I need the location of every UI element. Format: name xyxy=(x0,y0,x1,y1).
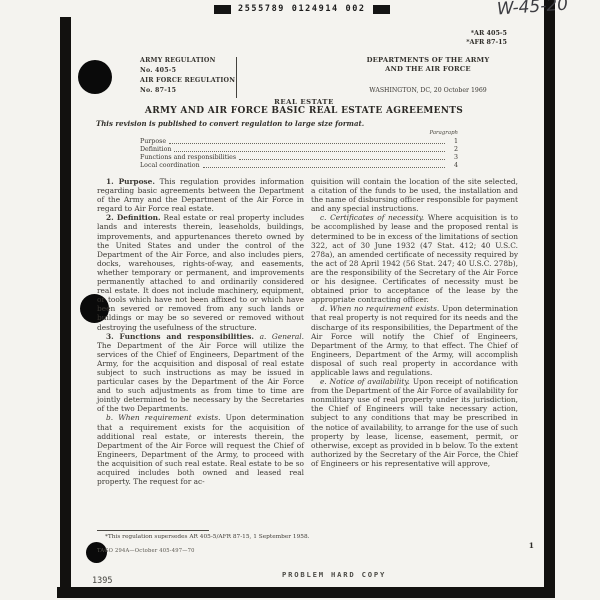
handwritten-annotation: W-45-20 xyxy=(496,0,568,19)
toc-column-header: Paragraph xyxy=(140,130,458,136)
paragraph-certificates: c. Certificates of necessity. Where acqu… xyxy=(311,213,518,304)
body-column-left: 1. Purpose. This regulation provides inf… xyxy=(97,177,304,486)
toc-paragraph-number: 3 xyxy=(448,154,458,161)
printed-content: 2555789 0124914 002 W-45-20 *AR 405-5 *A… xyxy=(0,0,600,600)
issuing-regulation-block: ARMY REGULATION No. 405-5 AIR FORCE REGU… xyxy=(140,56,235,96)
print-office-line: TAGO 294A—October 405-497—70 xyxy=(97,548,195,554)
paragraph-text: Where acquisition is to be accomplished … xyxy=(311,213,518,304)
header-left-line: No. 405-5 xyxy=(140,66,235,76)
stamp-code: 2555789 0124914 002 xyxy=(238,4,366,14)
paragraph-continuation: quisition will contain the location of t… xyxy=(311,177,518,213)
regulation-id-afr: *AFR 87-15 xyxy=(407,38,507,47)
revision-note: This revision is published to convert re… xyxy=(96,119,364,128)
paragraph-text: Upon receipt of notification from the De… xyxy=(311,377,518,468)
toc-row: Definition 2 xyxy=(140,145,458,153)
toc-row: Functions and responsibilities 3 xyxy=(140,153,458,161)
paragraph-no-requirement: d. When no requirement exists. Upon dete… xyxy=(311,304,518,377)
body-column-right: quisition will contain the location of t… xyxy=(311,177,518,486)
stamp-bar-icon xyxy=(373,5,390,14)
footnote-rule xyxy=(97,530,209,531)
paragraph-sublead: b. When requirement exists. xyxy=(106,413,221,422)
table-of-contents: Paragraph Purpose 1 Definition 2 Functio… xyxy=(140,130,458,169)
paragraph-lead: 2. Definition. xyxy=(106,213,161,222)
section-kicker: REAL ESTATE xyxy=(73,98,535,106)
toc-paragraph-number: 4 xyxy=(448,162,458,169)
regulation-id-ar: *AR 405-5 xyxy=(407,29,507,38)
toc-paragraph-number: 1 xyxy=(448,138,458,145)
paragraph-functions: 3. Functions and responsibilities. a. Ge… xyxy=(97,332,304,414)
paragraph-sublead: a. General. xyxy=(260,332,304,341)
dot-leader xyxy=(239,159,445,160)
dot-leader xyxy=(169,143,445,144)
page-title: ARMY AND AIR FORCE BASIC REAL ESTATE AGR… xyxy=(73,106,535,116)
header-divider xyxy=(236,57,237,98)
body-columns: 1. Purpose. This regulation provides inf… xyxy=(97,177,518,486)
paragraph-text: Upon determination that a requirement ex… xyxy=(97,413,304,486)
toc-label: Local coordination xyxy=(140,162,200,169)
department-line: DEPARTMENTS OF THE ARMY xyxy=(330,56,526,65)
paragraph-lead: 1. Purpose. xyxy=(106,177,155,186)
toc-label: Definition xyxy=(140,146,171,153)
paragraph-definition: 2. Definition. Real estate or real prope… xyxy=(97,213,304,331)
paragraph-text: Upon determination that real property is… xyxy=(311,304,518,377)
toc-paragraph-number: 2 xyxy=(448,146,458,153)
header-left-line: ARMY REGULATION xyxy=(140,56,235,66)
toc-label: Purpose xyxy=(140,138,166,145)
paragraph-purpose: 1. Purpose. This regulation provides inf… xyxy=(97,177,304,213)
sheet-number: 1395 xyxy=(92,576,112,586)
paragraph-text: The Department of the Air Force will uti… xyxy=(97,341,304,414)
paragraph-sublead: e. Notice of availability. xyxy=(320,377,410,386)
paragraph-text: Real estate or real property includes la… xyxy=(97,213,304,331)
microfilm-id-stamp: 2555789 0124914 002 xyxy=(214,4,390,14)
paragraph-sublead: c. Certificates of necessity. xyxy=(320,213,424,222)
header-left-line: No. 87-15 xyxy=(140,86,235,96)
dot-leader xyxy=(174,151,445,152)
scanned-document-page: 2555789 0124914 002 W-45-20 *AR 405-5 *A… xyxy=(0,0,600,600)
department-line: AND THE AIR FORCE xyxy=(330,65,526,74)
toc-row: Purpose 1 xyxy=(140,137,458,145)
toc-row: Local coordination 4 xyxy=(140,161,458,169)
paragraph-sublead: d. When no requirement exists. xyxy=(320,304,439,313)
place-date-line: WASHINGTON, DC, 20 October 1969 xyxy=(330,87,526,94)
paragraph-lead: 3. Functions and responsibilities. xyxy=(106,332,254,341)
stamp-bar-icon xyxy=(214,5,231,14)
regulation-id-corner: *AR 405-5 *AFR 87-15 xyxy=(407,29,507,47)
header-left-line: AIR FORCE REGULATION xyxy=(140,76,235,86)
paragraph-when-requirement-exists: b. When requirement exists. Upon determi… xyxy=(97,413,304,486)
toc-label: Functions and responsibilities xyxy=(140,154,236,161)
page-number: 1 xyxy=(494,541,534,550)
department-block: DEPARTMENTS OF THE ARMY AND THE AIR FORC… xyxy=(330,56,526,74)
paragraph-notice-availability: e. Notice of availability. Upon receipt … xyxy=(311,377,518,468)
footnote-text: *This regulation supersedes AR 405-5/AFR… xyxy=(97,534,437,540)
paragraph-text: quisition will contain the location of t… xyxy=(311,177,518,213)
dot-leader xyxy=(203,167,445,168)
problem-hard-copy-stamp: PROBLEM HARD COPY xyxy=(282,570,386,579)
